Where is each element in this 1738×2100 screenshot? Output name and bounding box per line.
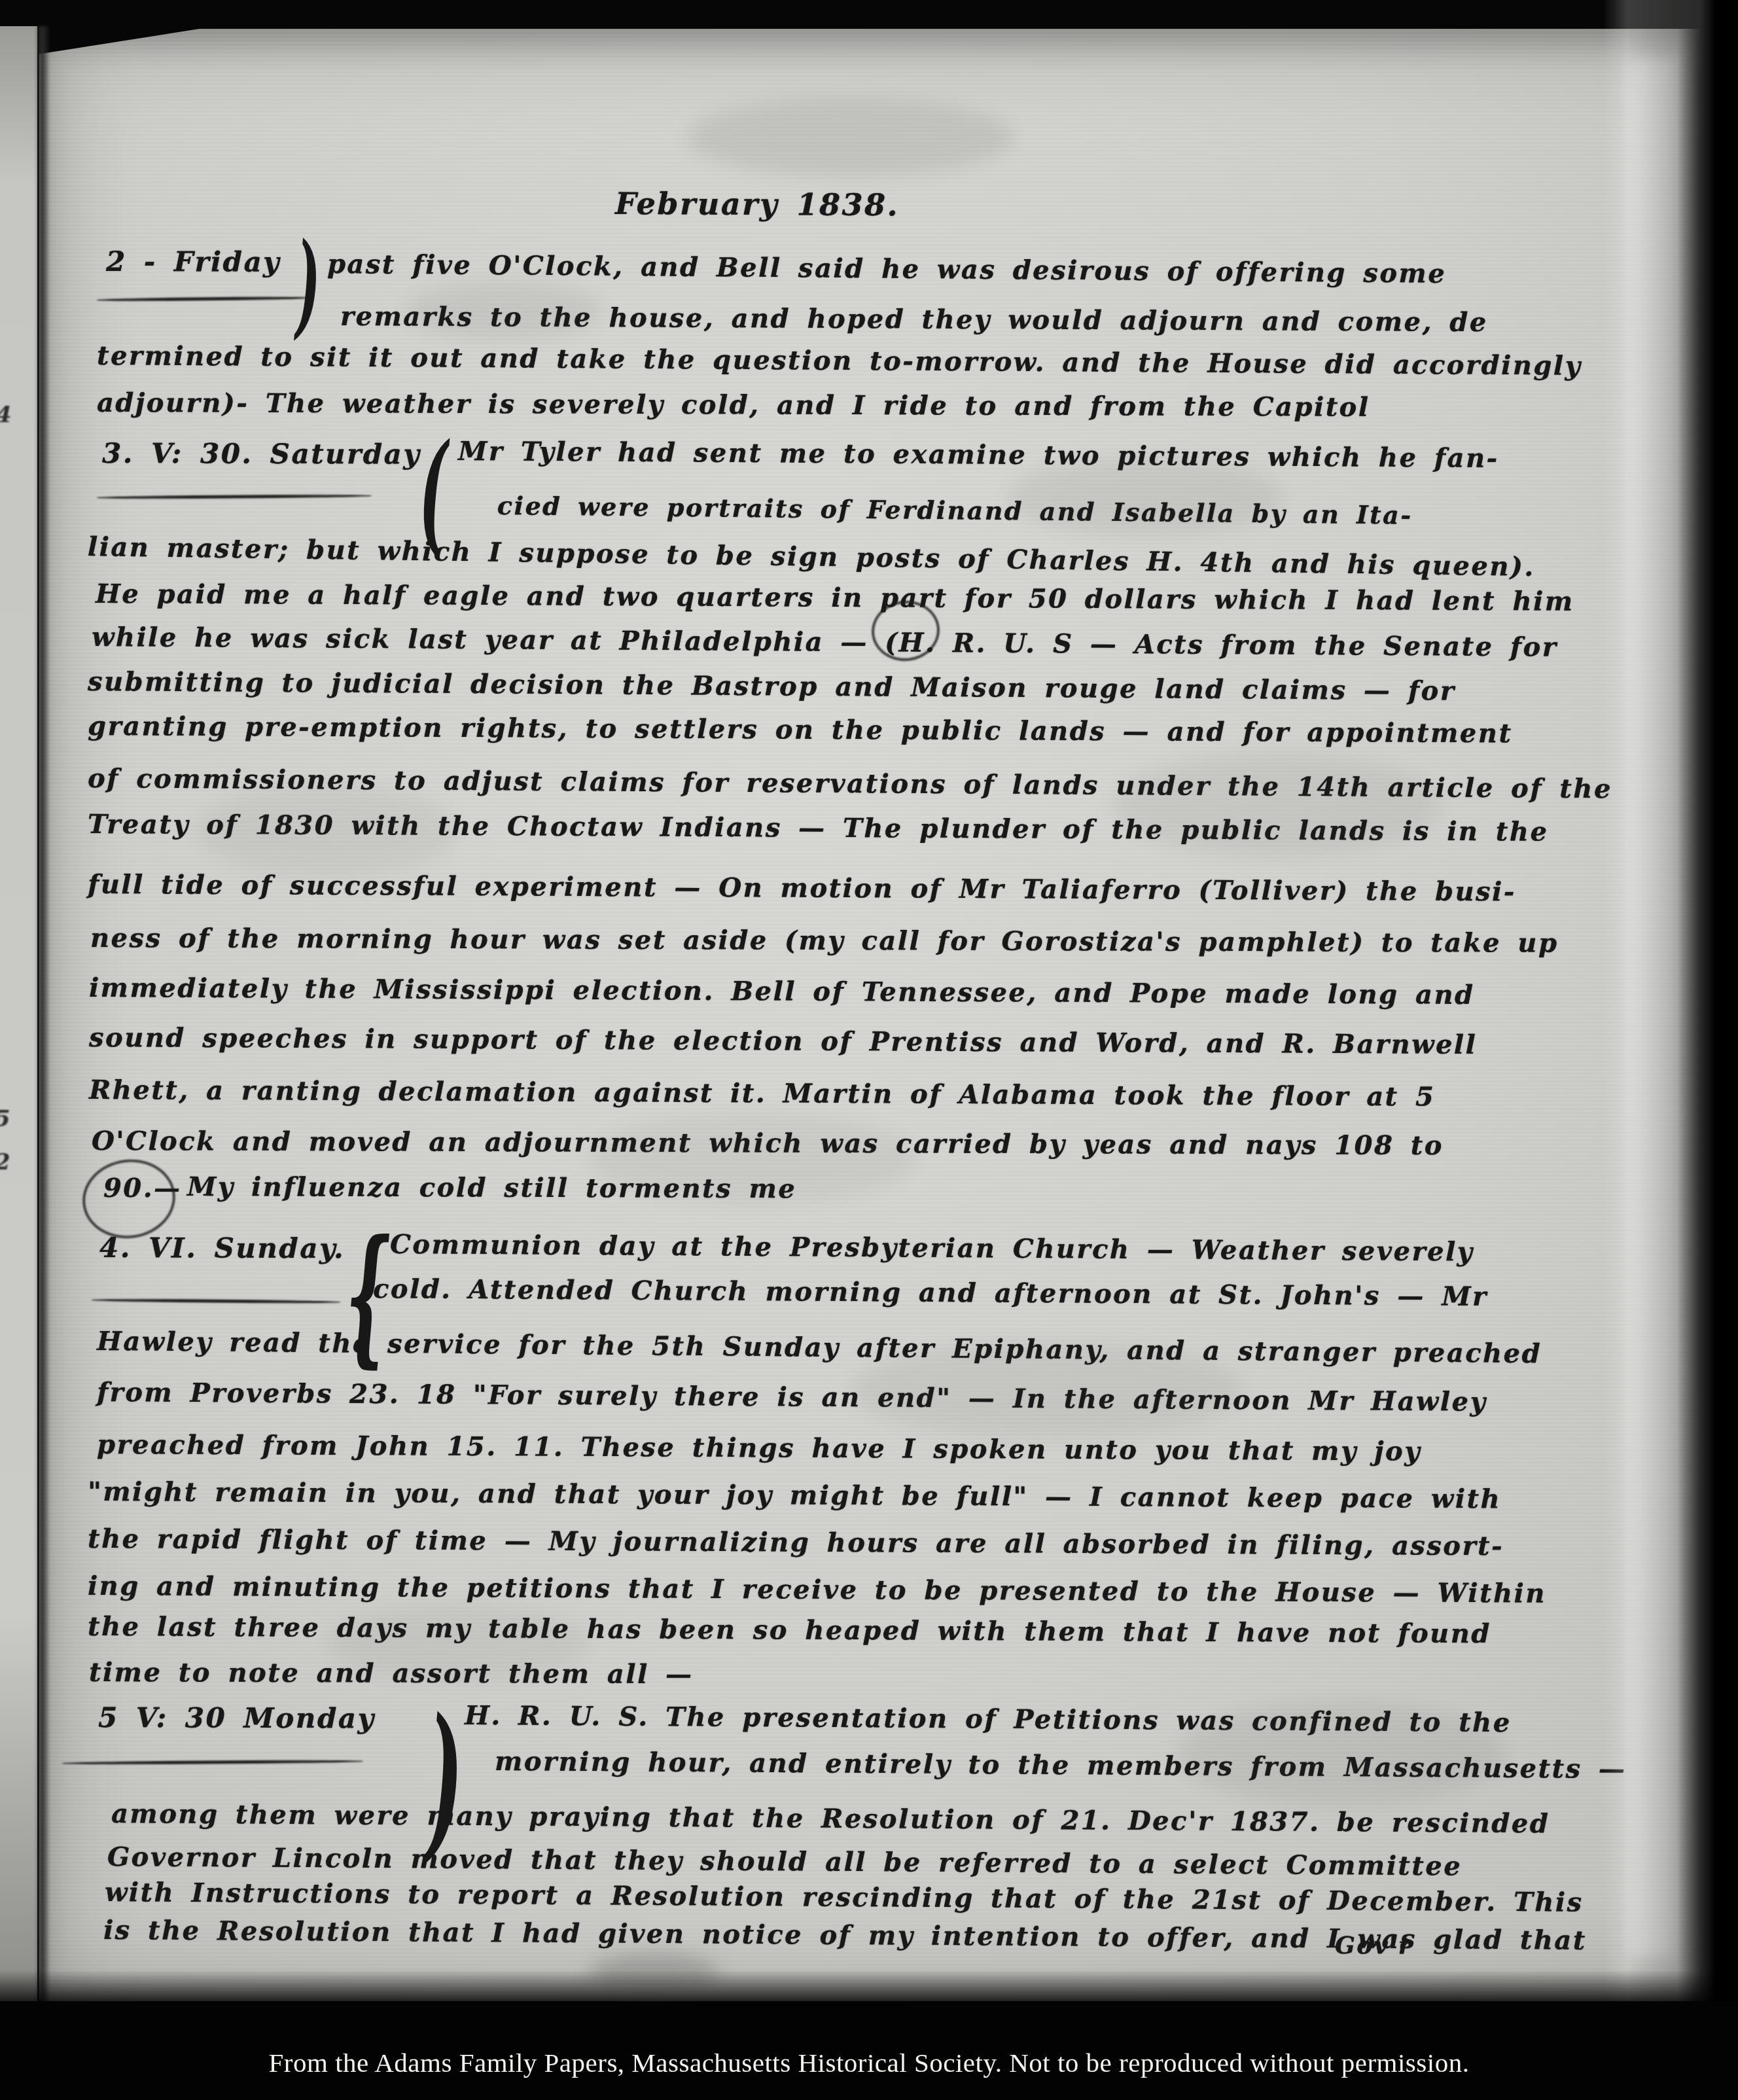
entry-date-label: 3. V: 30. Saturday: [102, 437, 421, 471]
manuscript-line: granting pre-emption rights, to settlers…: [88, 711, 1513, 749]
scan-border-top: [0, 0, 1738, 29]
manuscript-line: from Proverbs 23. 18 "For surely there i…: [97, 1377, 1487, 1417]
manuscript-line: Rhett, a ranting declamation against it.…: [89, 1075, 1436, 1112]
manuscript-line: the last three days my table has been so…: [88, 1611, 1491, 1649]
hand-drawn-circle: [77, 1154, 180, 1245]
manuscript-line: ing and minuting the petitions that I re…: [88, 1571, 1546, 1609]
margin-mark: 2: [0, 1149, 10, 1175]
paper-stain: [687, 98, 1014, 177]
paper-stain: [1178, 1701, 1505, 1806]
manuscript-line: adjourn)- The weather is severely cold, …: [97, 387, 1370, 423]
manuscript-line: cold. Attended Church morning and aftern…: [373, 1273, 1488, 1312]
paper-stain: [406, 281, 602, 340]
manuscript-text-layer: February 1838. 2 - Fridaypast five O'Clo…: [0, 0, 1738, 2100]
manuscript-line: He paid me a half eagle and two quarters…: [96, 578, 1574, 617]
date-label-underline: [92, 1298, 340, 1304]
paper-stain: [851, 1342, 1243, 1440]
manuscript-line: the rapid flight of time — My journalizi…: [88, 1523, 1504, 1561]
paper-stain: [589, 1953, 720, 1993]
manuscript-line: Hawley read the service for the 5th Sund…: [97, 1326, 1542, 1369]
manuscript-line: "might remain in you, and that your joy …: [88, 1476, 1501, 1514]
entry-date-label: 2 - Friday: [106, 245, 281, 278]
manuscript-line: Governor Lincoln moved that they should …: [107, 1842, 1463, 1881]
manuscript-line: submitting to judicial decision the Bast…: [88, 666, 1456, 707]
page-title: February 1838.: [615, 186, 899, 222]
adjacent-page-edge: [0, 26, 37, 2009]
entry-date-label: 5 V: 30 Monday: [98, 1701, 376, 1734]
date-label-underline: [97, 296, 313, 302]
date-label-underline: [62, 1760, 363, 1765]
manuscript-line: Mr Tyler had sent me to examine two pict…: [458, 436, 1499, 474]
scanned-diary-page: February 1838. 2 - Fridaypast five O'Clo…: [0, 0, 1738, 2100]
paper-stain: [589, 1112, 916, 1204]
manuscript-line: sound speeches in support of the electio…: [89, 1022, 1478, 1060]
paper-stain: [196, 785, 458, 877]
margin-mark: 4: [0, 402, 12, 428]
manuscript-line: with Instructions to report a Resolution…: [105, 1877, 1584, 1918]
catchword: Gov'r: [1335, 1932, 1412, 1960]
scan-border-right: [1603, 0, 1738, 2100]
paper-stain: [1008, 458, 1283, 537]
manuscript-line: Communion day at the Presbyterian Church…: [390, 1229, 1474, 1268]
entry-brace: ): [427, 1696, 463, 1864]
entry-brace: ): [296, 228, 321, 341]
manuscript-line: while he was sick last year at Philadelp…: [92, 622, 1558, 663]
paper-stain: [327, 1603, 589, 1682]
paper-stain: [1112, 753, 1440, 857]
binding-gutter-shadow: [36, 26, 49, 2009]
entry-brace: {: [346, 1220, 389, 1368]
manuscript-line: lian master; but which I suppose to be s…: [88, 531, 1535, 582]
margin-mark: 5: [0, 1106, 10, 1132]
manuscript-line: immediately the Mississippi election. Be…: [89, 972, 1475, 1010]
source-caption: From the Adams Family Papers, Massachuse…: [0, 2047, 1738, 2078]
date-label-underline: [97, 494, 372, 499]
entry-brace: (: [419, 427, 448, 560]
manuscript-line: ness of the morning hour was set aside (…: [90, 923, 1559, 959]
manuscript-line: preached from John 15. 11. These things …: [97, 1429, 1421, 1467]
